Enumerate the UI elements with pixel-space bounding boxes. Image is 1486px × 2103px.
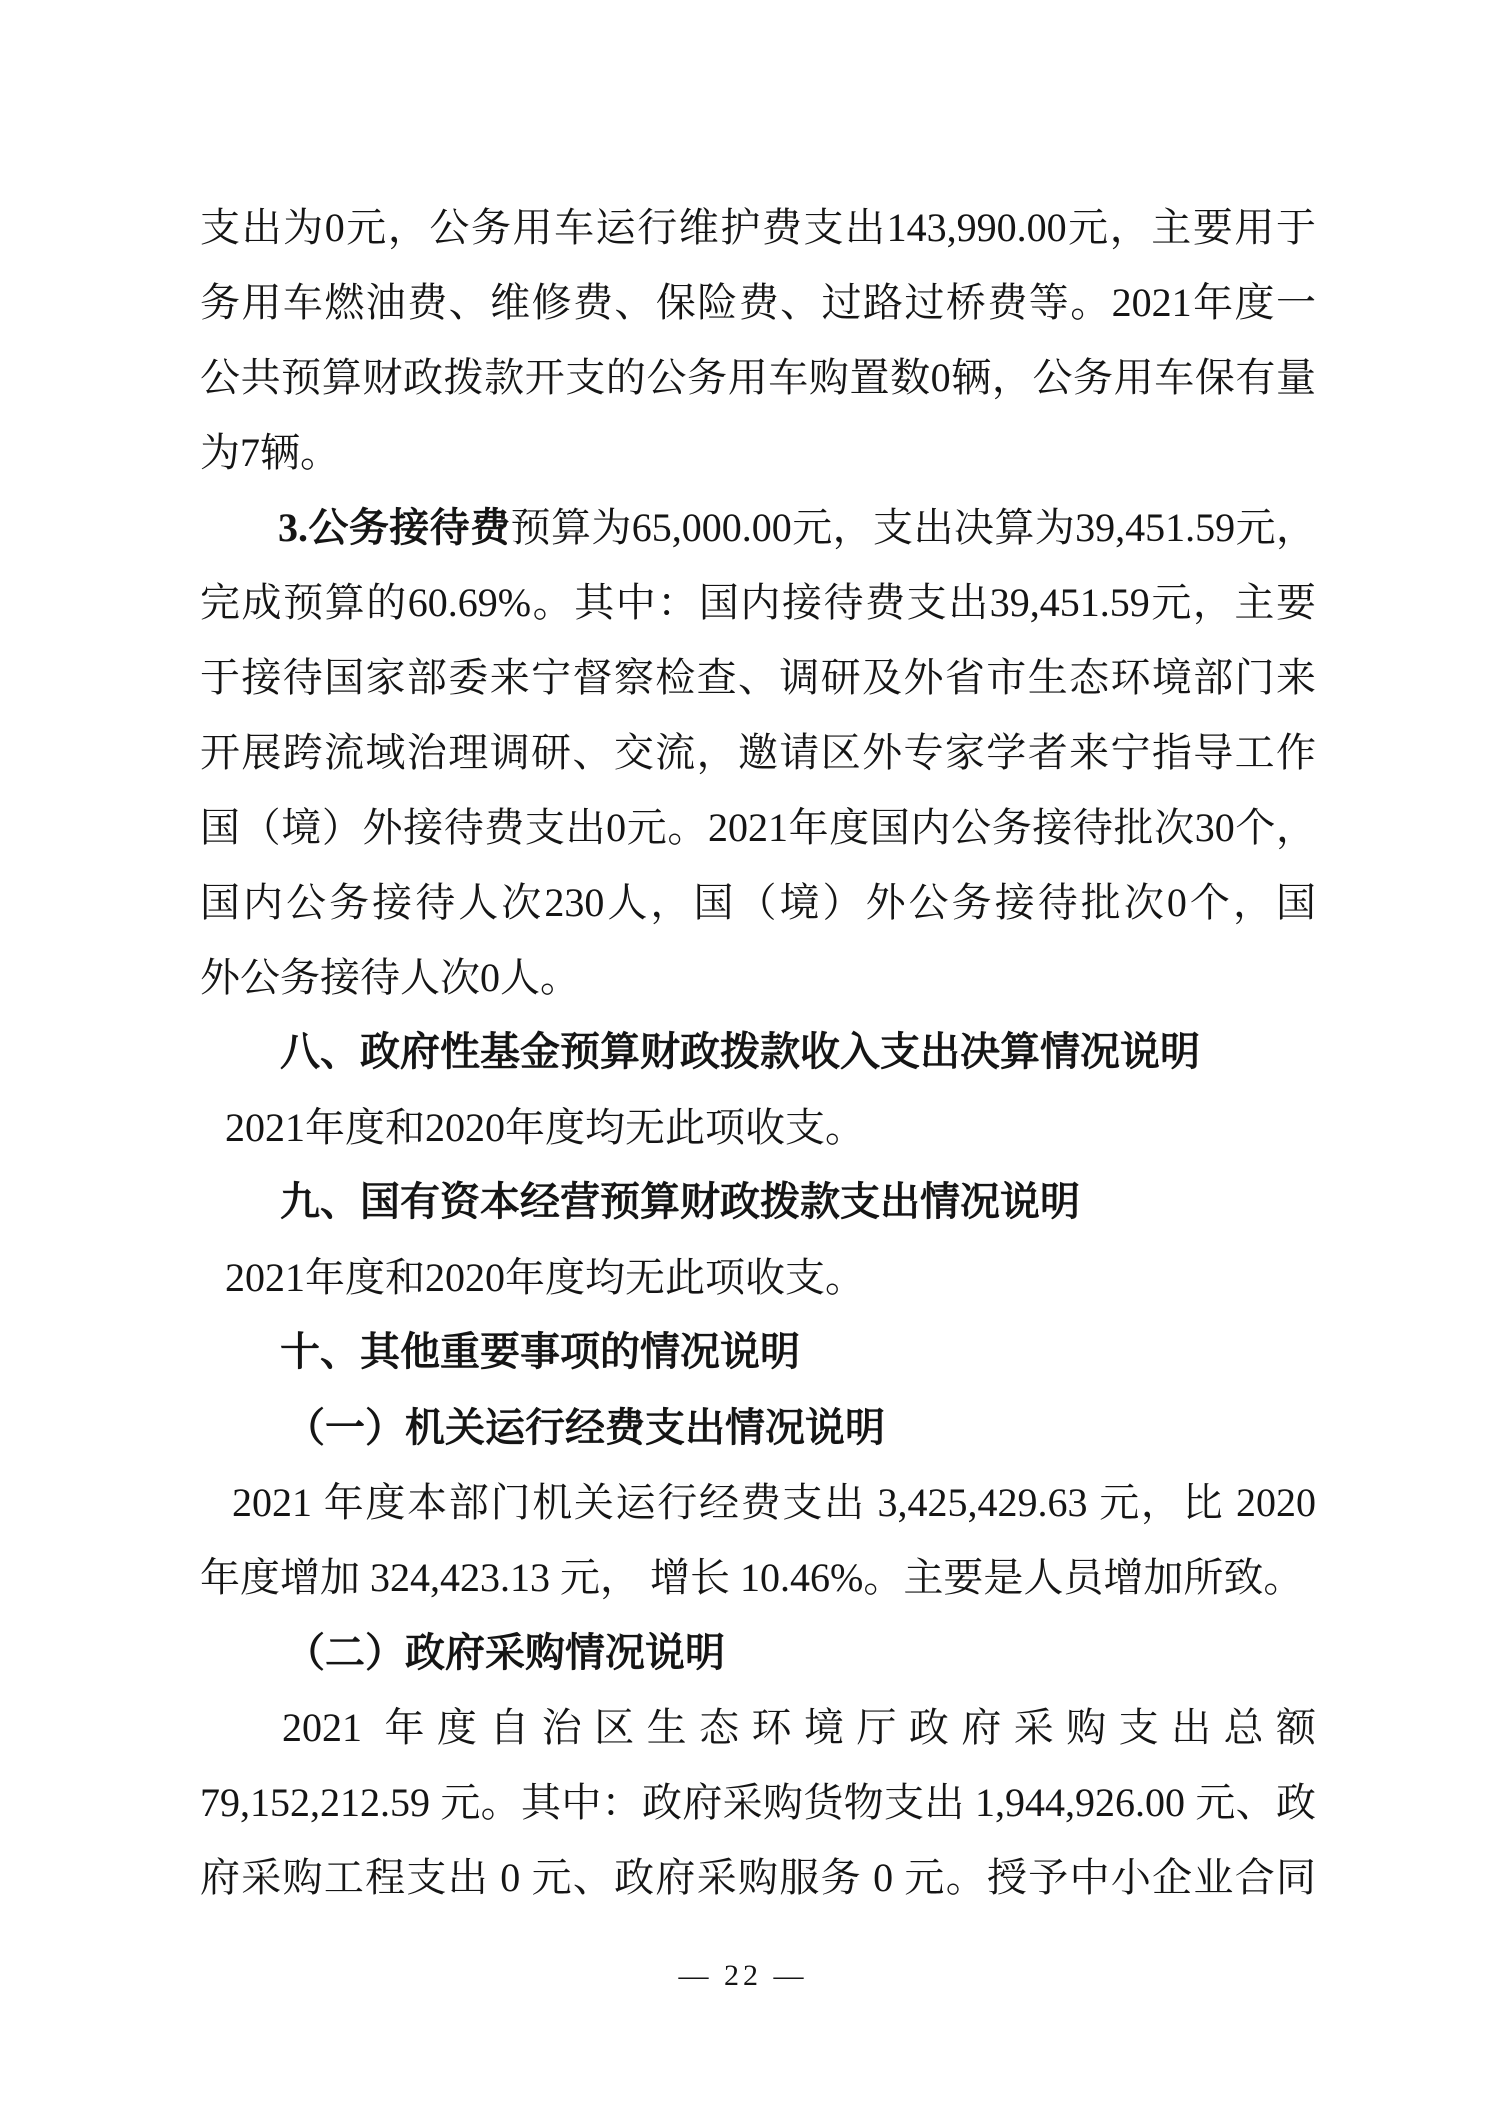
text-line: 公共预算财政拨款开支的公务用车购置数0辆，公务用车保有量 — [200, 340, 1316, 415]
text-line: 完成预算的60.69%。其中：国内接待费支出39,451.59元，主要用 — [200, 565, 1316, 640]
page-number: — 22 — — [0, 1958, 1486, 1994]
text-line: 支出为0元，公务用车运行维护费支出143,990.00元，主要用于公 — [200, 190, 1316, 265]
text-line: 八、政府性基金预算财政拨款收入支出决算情况说明 — [200, 1015, 1316, 1090]
text-line: 为7辆。 — [200, 415, 1316, 490]
text-line: 府采购工程支出 0 元、政府采购服务 0 元。授予中小企业合同金 — [200, 1840, 1316, 1915]
text-line: 年度增加 324,423.13 元， 增长 10.46%。主要是人员增加所致。 — [200, 1540, 1316, 1615]
text-line: 3.公务接待费预算为65,000.00元，支出决算为39,451.59元， — [200, 490, 1316, 565]
text-line: 2021 年度本部门机关运行经费支出 3,425,429.63 元，比 2020 — [200, 1465, 1316, 1540]
text-line: （一）机关运行经费支出情况说明 — [200, 1390, 1316, 1465]
text-line: 开展跨流域治理调研、交流，邀请区外专家学者来宁指导工作等。 — [200, 715, 1316, 790]
document-page: 支出为0元，公务用车运行维护费支出143,990.00元，主要用于公务用车燃油费… — [0, 0, 1486, 2103]
text-line: 九、国有资本经营预算财政拨款支出情况说明 — [200, 1165, 1316, 1240]
page-body: 支出为0元，公务用车运行维护费支出143,990.00元，主要用于公务用车燃油费… — [200, 190, 1316, 1915]
bold-lead-text: 3.公务接待费 — [278, 505, 511, 550]
text-line: 国内公务接待人次230人，国（境）外公务接待批次0个，国（境） — [200, 865, 1316, 940]
text-line: 2021年度和2020年度均无此项收支。 — [200, 1240, 1316, 1315]
text-line: （二）政府采购情况说明 — [200, 1615, 1316, 1690]
text-line: 外公务接待人次0人。 — [200, 940, 1316, 1015]
text-line: 国（境）外接待费支出0元。2021年度国内公务接待批次30个， — [200, 790, 1316, 865]
text-line: 2021年度和2020年度均无此项收支。 — [200, 1090, 1316, 1165]
text-line: 务用车燃油费、维修费、保险费、过路过桥费等。2021年度一般 — [200, 265, 1316, 340]
text-line: 十、其他重要事项的情况说明 — [200, 1315, 1316, 1390]
text-line: 2021 年度自治区生态环境厅政府采购支出总额 — [200, 1690, 1316, 1765]
text-line: 79,152,212.59 元。其中：政府采购货物支出 1,944,926.00… — [200, 1765, 1316, 1840]
text-line: 于接待国家部委来宁督察检查、调研及外省市生态环境部门来宁 — [200, 640, 1316, 715]
